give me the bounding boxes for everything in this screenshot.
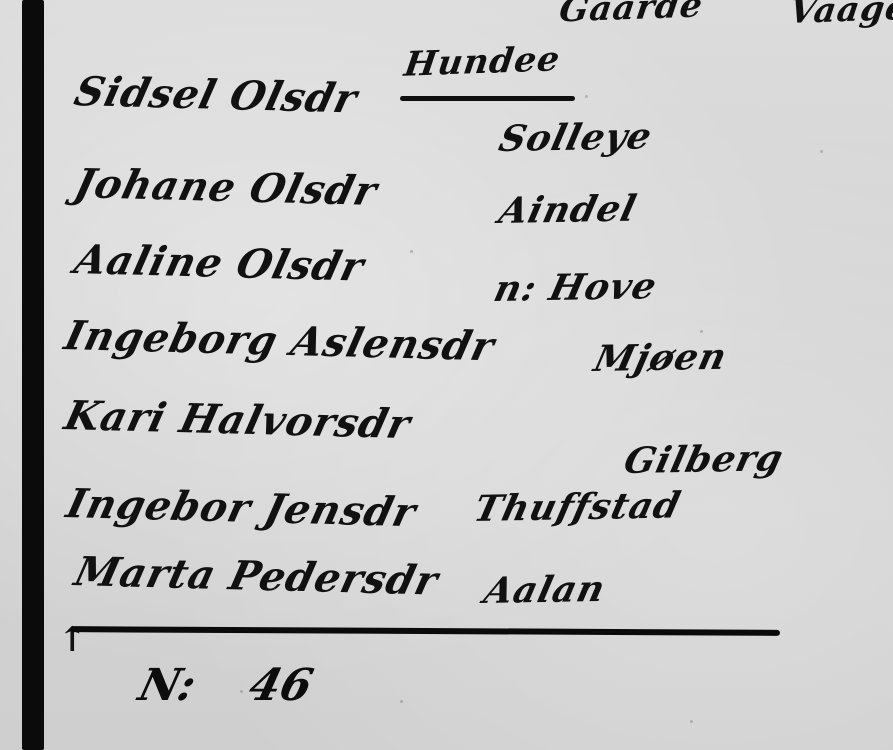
paper-speck	[820, 150, 823, 153]
entry-name: Sidsel Olsdr	[70, 68, 362, 122]
paper-speck	[400, 700, 403, 703]
paper-speck	[690, 720, 693, 723]
total-label: N:	[134, 660, 202, 711]
paper-speck	[585, 95, 588, 98]
margin-rule	[22, 0, 44, 750]
entry-place: Gilberg	[620, 437, 788, 482]
total-count: N: 46	[134, 660, 318, 711]
header-underline	[400, 96, 575, 101]
total-value: 46	[244, 660, 318, 711]
entry-place: Mjøen	[590, 336, 731, 380]
entry-place: n: Hove	[490, 265, 661, 310]
entry-place: Thuffstad	[470, 484, 685, 530]
header-fragment-center: Hundee	[402, 39, 563, 84]
paper-speck	[700, 330, 703, 333]
entry-name: Aaline Olsdr	[70, 236, 369, 291]
paper-speck	[410, 250, 413, 253]
entry-place: Solleye	[495, 115, 656, 160]
entry-place: Aindel	[495, 188, 641, 232]
header-fragment-far-right: Vaage	[787, 0, 893, 32]
header-fragment-right: Gaarde	[557, 0, 706, 30]
entry-name: Kari Halvorsdr	[60, 392, 416, 448]
entry-name: Johane Olsdr	[70, 160, 382, 215]
entry-name: Marta Pedersdr	[70, 548, 443, 605]
entry-name: Ingebor Jensdr	[62, 480, 421, 536]
entry-place: Aalan	[480, 568, 610, 612]
